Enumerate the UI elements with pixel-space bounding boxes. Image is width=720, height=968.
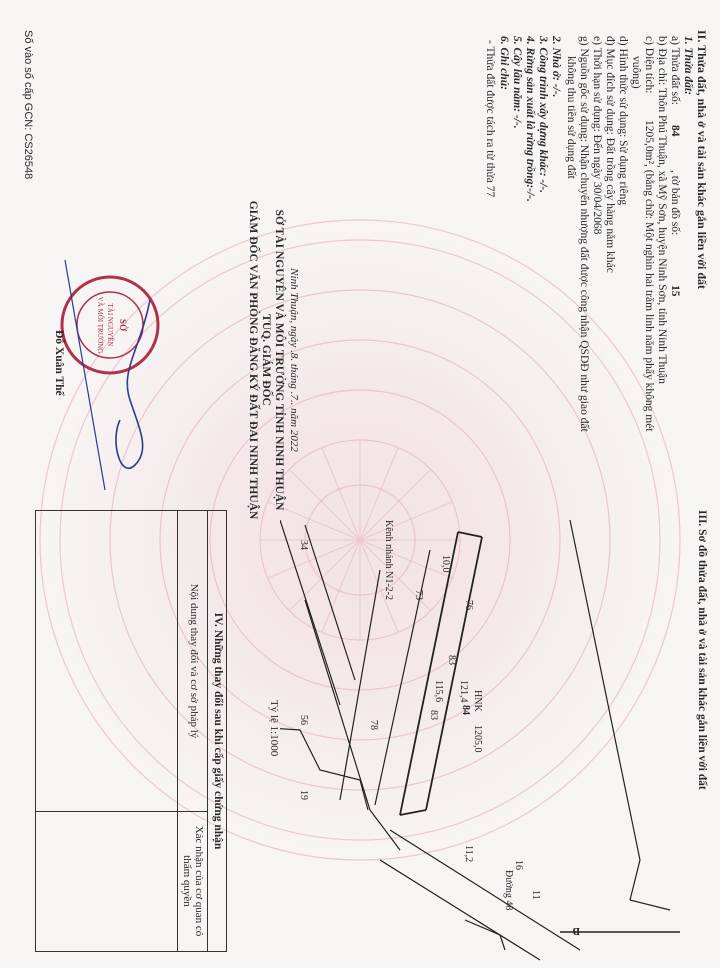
svg-text:VÀ MÔI TRƯỜNG: VÀ MÔI TRƯỜNG bbox=[96, 297, 104, 354]
plot-map: B bbox=[280, 480, 700, 968]
place-date: Ninh Thuận, ngày .8. tháng .7.. năm 2022 bbox=[287, 190, 300, 530]
section2-sub1: 1. Thửa đất: bbox=[681, 36, 694, 95]
changes-table: IV. Những thay đổi sau khi cấp giấy chứn… bbox=[35, 510, 227, 952]
parcel-84-area: 1205,0 bbox=[471, 725, 484, 753]
signer-name: Đỗ Xuân Thể bbox=[52, 330, 65, 396]
parcel-56-label: 56 bbox=[297, 715, 310, 725]
authority-tuq: TUQ. GIÁM ĐỐC bbox=[259, 190, 272, 530]
issuing-org: SỞ TÀI NGUYÊN VÀ MÔI TRƯỜNG TỈNH NINH TH… bbox=[272, 190, 285, 530]
parcel-76-label: 76 bbox=[462, 600, 475, 610]
road-label: Đường 48 bbox=[502, 870, 515, 910]
notes-item: 6. Ghi chú: bbox=[497, 36, 510, 90]
house-item: 2. Nhà ở: -/-. bbox=[549, 36, 562, 97]
parcel-number: 84 bbox=[668, 125, 681, 137]
parcel-83b-label: 83 bbox=[445, 655, 458, 665]
section2-title: II. Thửa đất, nhà ở và tài sản khác gắn … bbox=[695, 30, 708, 289]
svg-text:SỞ: SỞ bbox=[118, 319, 128, 332]
column-changes: Nội dung thay đổi và cơ sở pháp lý bbox=[188, 511, 200, 811]
usage-purpose: đ) Mục đích sử dụng: Đất trồng cây hàng … bbox=[603, 36, 616, 273]
svg-text:B: B bbox=[572, 925, 580, 937]
parcel-16-label: 16 bbox=[512, 860, 525, 870]
forest-item: 4. Rừng sản xuất là rừng trồng:-/-. bbox=[523, 36, 536, 202]
parcel-84-use: HNK bbox=[471, 690, 484, 712]
section4-title: IV. Những thay đổi sau khi cấp giấy chứn… bbox=[212, 511, 224, 951]
parcel-11-label: 11 bbox=[529, 890, 542, 900]
parcel-34-label: 34 bbox=[297, 540, 310, 550]
map-sheet-number: 15 bbox=[668, 285, 681, 297]
note-text: - Thửa đất được tách ra từ thửa 77 bbox=[483, 40, 496, 197]
edge-right-length: 115,6 bbox=[432, 680, 445, 702]
map-sheet-label: , tờ bản đồ số: bbox=[668, 170, 681, 235]
other-construction-item: 3. Công trình xây dựng khác: -/-. bbox=[536, 36, 549, 193]
map-scale: Tỷ lệ 1:1000 bbox=[267, 700, 280, 756]
parcel-19-label: 19 bbox=[297, 790, 310, 800]
column-confirmation: Xác nhận của cơ quan có thẩm quyền bbox=[181, 816, 205, 946]
signer-title: GIÁM ĐỐC VĂN PHÒNG ĐĂNG KÝ ĐẤT ĐAI NINH … bbox=[246, 190, 259, 530]
perennial-item: 5. Cây lâu năm: -/-. bbox=[510, 36, 523, 129]
area-value: 1205,0m², (bằng chữ: Một nghìn hai trăm … bbox=[642, 120, 655, 432]
signature-block: Ninh Thuận, ngày .8. tháng .7.. năm 2022… bbox=[246, 190, 300, 530]
parcel-73-label: 73 bbox=[412, 590, 425, 600]
edge-top-length: 10,0 bbox=[439, 555, 452, 573]
usage-origin: g) Nguồn gốc sử dụng: Nhận chuyển nhượng… bbox=[577, 36, 590, 432]
parcel-83a-label: 83 bbox=[427, 710, 440, 720]
rotated-content: II. Thửa đất, nhà ở và tài sản khác gắn … bbox=[0, 0, 720, 968]
svg-text:TÀI NGUYÊN: TÀI NGUYÊN bbox=[106, 304, 114, 347]
edge-bottom-length: 11,2 bbox=[462, 845, 475, 862]
registry-number: Số vào sổ cấp GCN: CS26548 bbox=[21, 30, 34, 179]
canal-label: Kênh nhánh N1-2-2 bbox=[382, 520, 395, 600]
parcel-number-label: a) Thửa đất số: bbox=[668, 36, 681, 105]
usage-form: d) Hình thức sử dụng: Sử dụng riêng bbox=[616, 36, 629, 205]
parcel-78-label: 78 bbox=[367, 720, 380, 730]
area-label: c) Diện tích: bbox=[642, 36, 655, 93]
usage-origin-cont: không thu tiền sử dụng đất bbox=[564, 56, 577, 179]
edge-left-length: 121,4 bbox=[457, 680, 470, 703]
certificate-page: II. Thửa đất, nhà ở và tài sản khác gắn … bbox=[0, 0, 720, 968]
address: b) Địa chỉ: Thôn Phú Thuận, xã Mỹ Sơn, h… bbox=[655, 36, 668, 384]
area-value-cont: vuông) bbox=[629, 56, 642, 89]
usage-term: e) Thời hạn sử dụng: Đến ngày 30/04/2068 bbox=[590, 36, 603, 234]
